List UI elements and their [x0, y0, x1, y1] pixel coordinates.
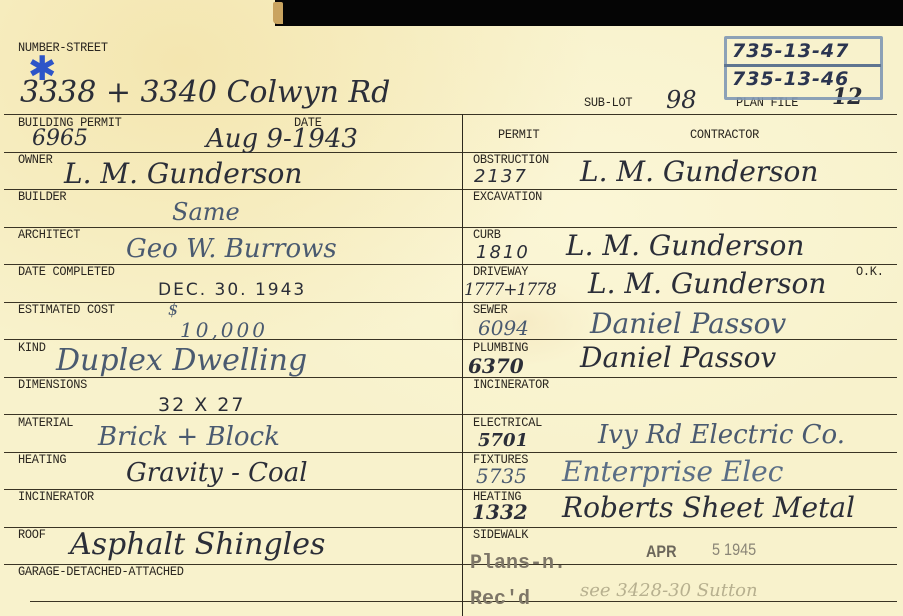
- rule-line: [4, 452, 897, 453]
- row-permit: 6370: [468, 356, 524, 376]
- rule-line: [4, 414, 897, 415]
- stamp-divider: [724, 64, 881, 67]
- material-value: Brick + Block: [98, 424, 280, 450]
- rule-line: [4, 152, 897, 153]
- stamp-number-1: 735-13-47: [732, 40, 849, 62]
- row-label: PLUMBING: [473, 341, 528, 355]
- row-label: INCINERATOR: [473, 378, 549, 392]
- rule-line: [4, 489, 897, 490]
- row-label: EXCAVATION: [473, 190, 542, 204]
- owner-label: OWNER: [18, 153, 53, 167]
- estimated-cost-symbol: $: [168, 302, 178, 318]
- row-permit: 1777+1778: [464, 282, 556, 299]
- row-permit: 2137: [474, 168, 528, 186]
- row-label: ELECTRICAL: [473, 416, 542, 430]
- card-tab-edge: [273, 2, 283, 24]
- pencil-note: see 3428-30 Sutton: [580, 580, 758, 601]
- heating-label: HEATING: [18, 453, 66, 467]
- builder-value: Same: [172, 200, 240, 224]
- sub-lot-value: 98: [666, 88, 697, 112]
- row-contractor: L. M. Gunderson: [566, 232, 804, 260]
- received-stamp: Rec'd: [470, 588, 530, 611]
- dimensions-value: 32 X 27: [158, 396, 245, 415]
- row-permit: 6094: [478, 318, 529, 338]
- kind-value: Duplex Dwelling: [56, 346, 307, 376]
- contractor-header: CONTRACTOR: [690, 128, 759, 142]
- stamp-number-2: 735-13-46: [732, 68, 849, 90]
- row-contractor: Enterprise Elec: [562, 458, 783, 486]
- row-label: SEWER: [473, 303, 508, 317]
- scan-top-edge: [275, 0, 903, 26]
- builder-label: BUILDER: [18, 190, 66, 204]
- rule-line: [4, 114, 897, 115]
- date-value: Aug 9-1943: [206, 126, 358, 152]
- date-completed-value: DEC. 30. 1943: [158, 282, 306, 299]
- kind-label: KIND: [18, 341, 46, 355]
- row-permit: 1810: [476, 244, 530, 262]
- row-label: CURB: [473, 228, 501, 242]
- architect-label: ARCHITECT: [18, 228, 80, 242]
- rule-line: [30, 601, 897, 602]
- row-contractor: Ivy Rd Electric Co.: [598, 422, 845, 448]
- row-label: OBSTRUCTION: [473, 153, 549, 167]
- row-permit: 1332: [472, 502, 528, 522]
- permit-header: PERMIT: [498, 128, 539, 142]
- date-stamp-month: APR: [646, 542, 677, 562]
- sub-lot-label: SUB-LOT: [584, 96, 632, 110]
- architect-value: Geo W. Burrows: [126, 236, 337, 262]
- roof-label: ROOF: [18, 528, 46, 542]
- roof-value: Asphalt Shingles: [70, 530, 325, 560]
- plans-stamp: Plans-n.: [470, 552, 566, 575]
- incinerator-label: INCINERATOR: [18, 490, 94, 504]
- permit-card: NUMBER-STREET ✱ 3338 + 3340 Colwyn Rd SU…: [0, 0, 903, 616]
- row-permit: 5701: [478, 432, 528, 450]
- column-divider: [462, 114, 463, 616]
- date-stamp-day-year: 5 1945: [712, 540, 756, 560]
- estimated-cost-value: 10,000: [180, 320, 268, 340]
- building-permit-value: 6965: [32, 128, 88, 150]
- rule-line: [4, 302, 897, 303]
- garage-label: GARAGE-DETACHED-ATTACHED: [18, 565, 184, 579]
- row-contractor: L. M. Gunderson: [588, 270, 826, 298]
- rule-line: [4, 227, 897, 228]
- owner-value: L. M. Gunderson: [64, 160, 302, 188]
- row-label: SIDEWALK: [473, 528, 528, 542]
- date-completed-label: DATE COMPLETED: [18, 265, 115, 279]
- rule-line: [4, 264, 897, 265]
- row-permit: 5735: [476, 466, 527, 486]
- number-street-value: 3338 + 3340 Colwyn Rd: [20, 78, 390, 108]
- dimensions-label: DIMENSIONS: [18, 378, 87, 392]
- material-label: MATERIAL: [18, 416, 73, 430]
- driveway-ok-note: O.K.: [856, 265, 884, 279]
- row-contractor: Daniel Passov: [580, 344, 776, 372]
- row-contractor: Daniel Passov: [590, 310, 786, 338]
- heating-value: Gravity - Coal: [126, 460, 308, 486]
- estimated-cost-label: ESTIMATED COST: [18, 303, 115, 317]
- row-label: DRIVEWAY: [473, 265, 528, 279]
- row-contractor: Roberts Sheet Metal: [562, 494, 855, 522]
- row-contractor: L. M. Gunderson: [580, 158, 818, 186]
